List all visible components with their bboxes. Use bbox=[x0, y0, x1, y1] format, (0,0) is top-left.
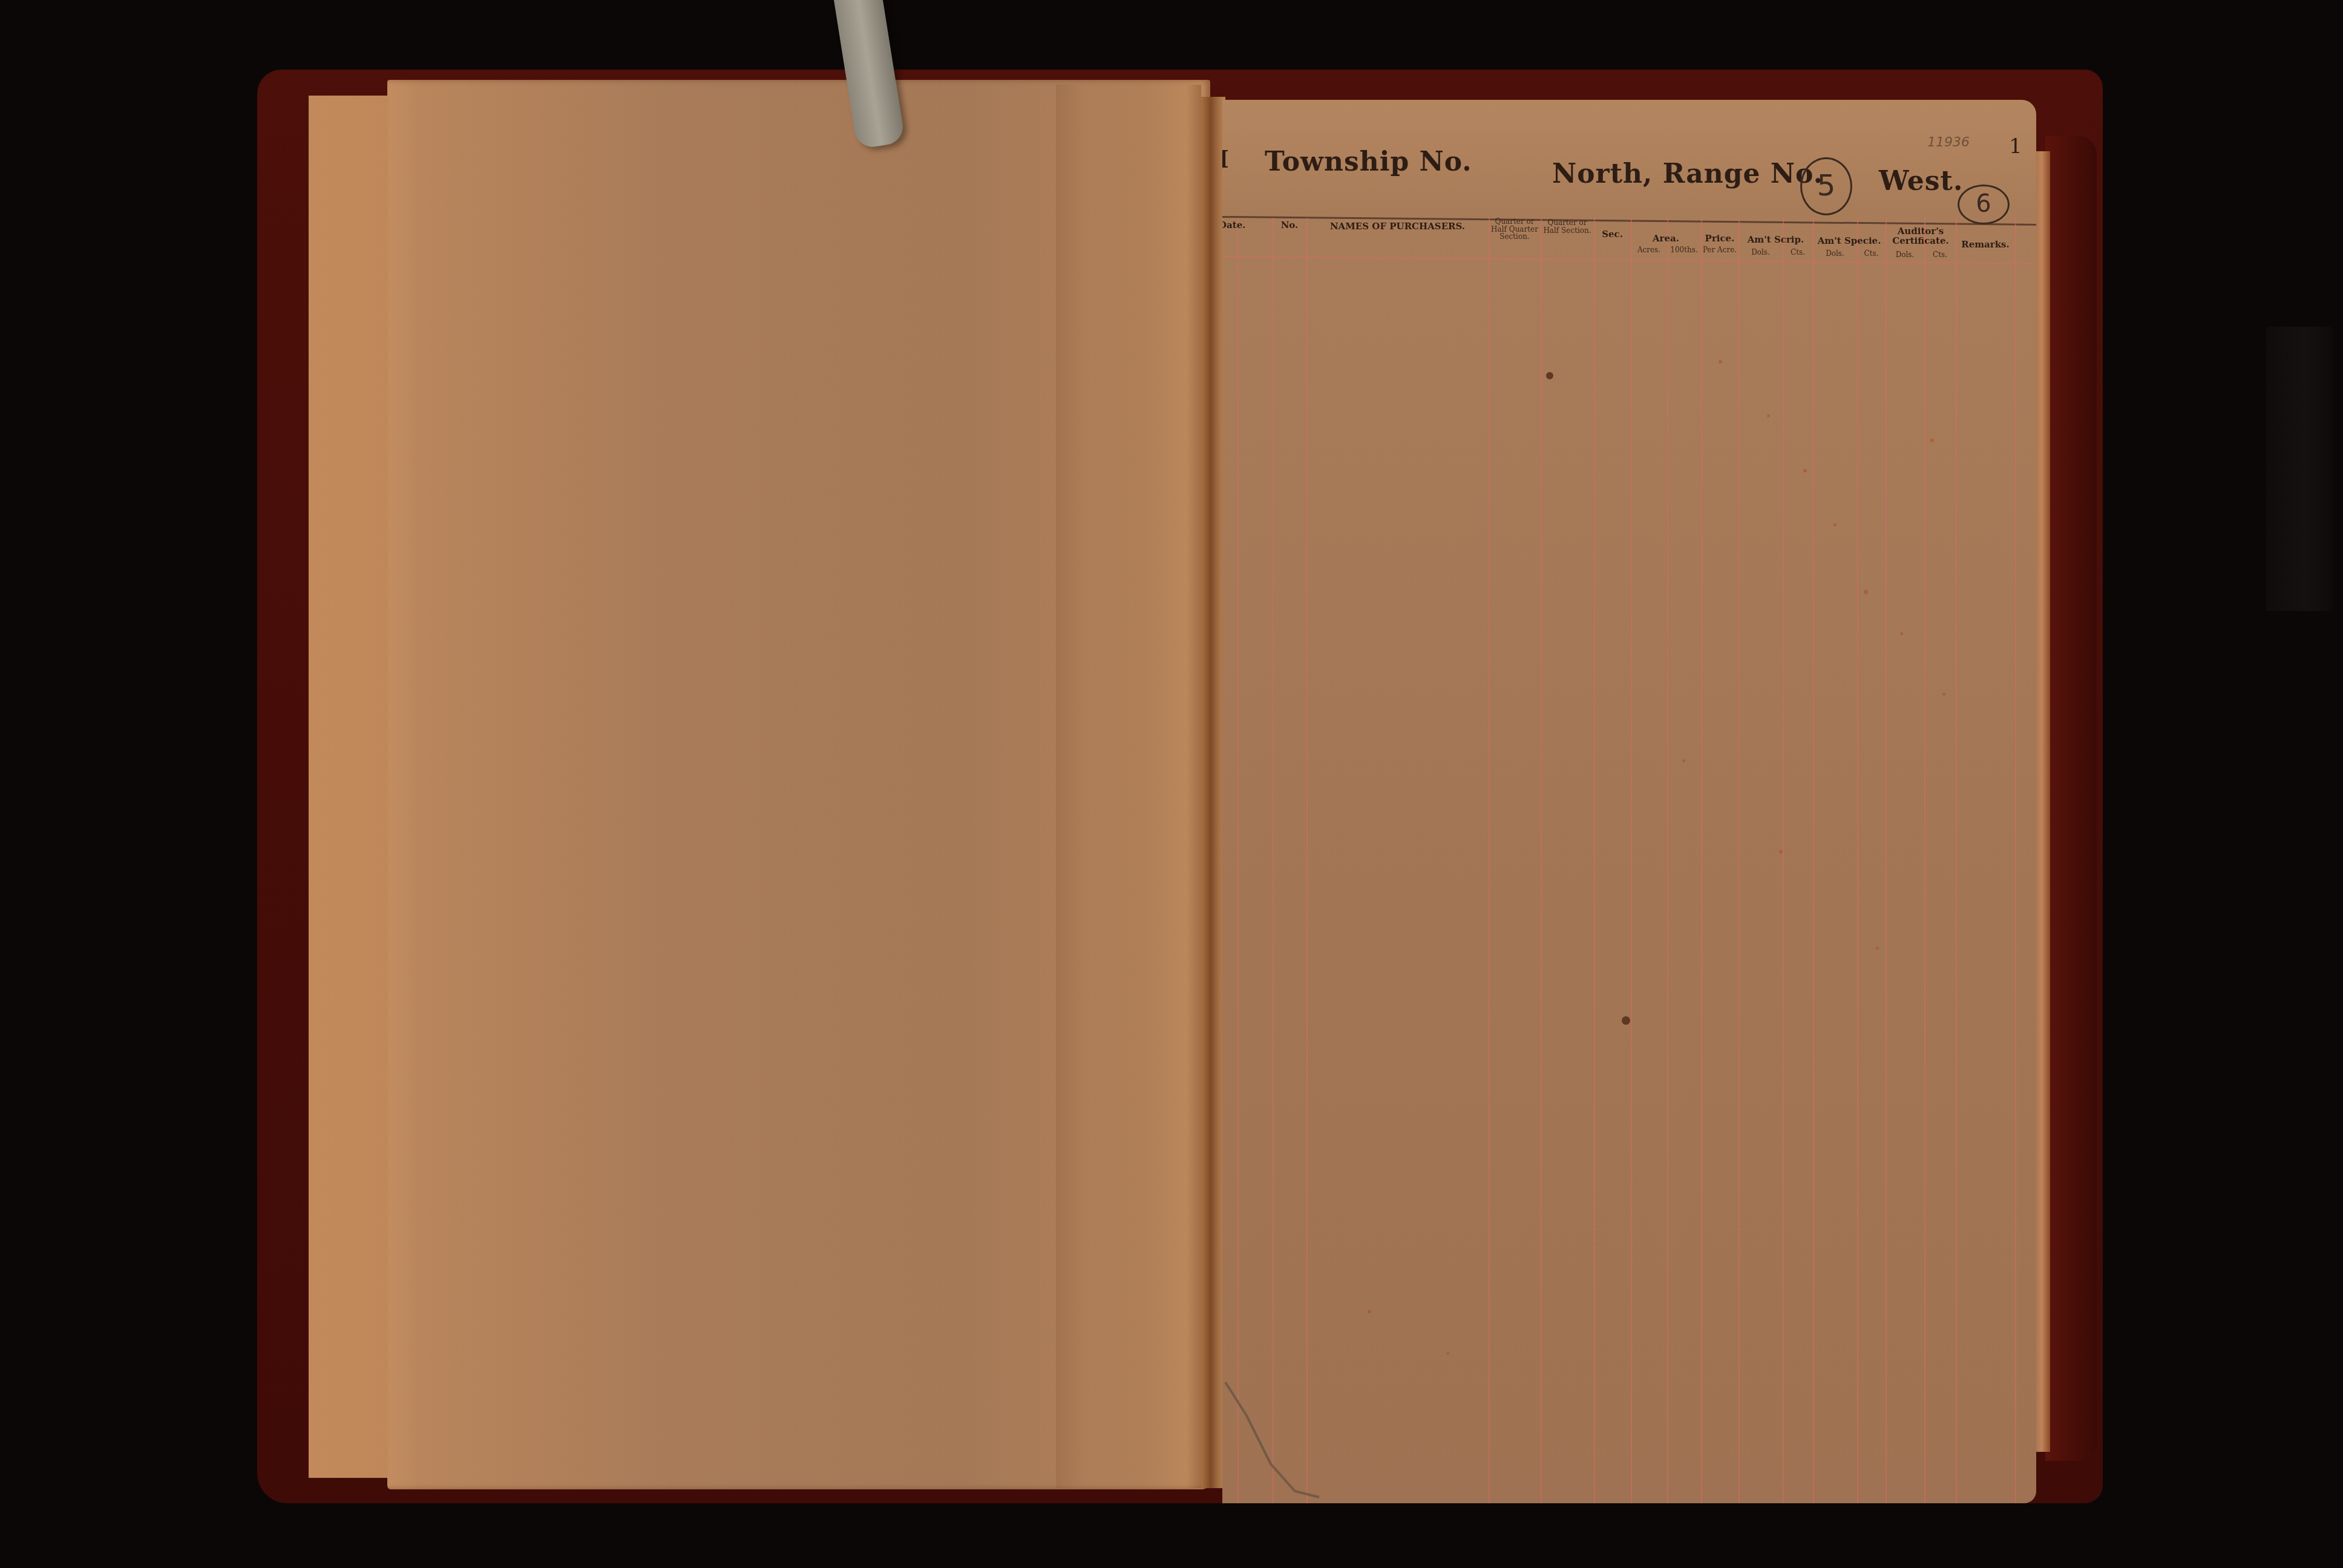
col-scrip-cts: Cts. bbox=[1783, 249, 1813, 256]
ledger-page: I Township No. North, Range No. 5 West. … bbox=[1222, 100, 2036, 1503]
ruling-line bbox=[1541, 218, 1542, 1503]
col-auditor-cts: Cts. bbox=[1924, 251, 1956, 259]
ruling-line bbox=[1489, 218, 1490, 1503]
col-specie-dols: Dols. bbox=[1813, 250, 1857, 258]
ruling-line bbox=[1237, 218, 1239, 1503]
stain-spot bbox=[1900, 632, 1903, 635]
stain-spot bbox=[1767, 414, 1770, 417]
stain-spot bbox=[1864, 590, 1868, 594]
pencil-note: 11936 bbox=[1927, 135, 1970, 150]
ruling-line bbox=[1594, 218, 1595, 1503]
west-number-handwritten: 6 bbox=[1958, 185, 2010, 224]
stain-spot bbox=[1930, 439, 1934, 442]
ruling-line bbox=[1924, 218, 1925, 1503]
township-label: Township No. bbox=[1265, 148, 1472, 176]
ruling-line bbox=[1956, 218, 1957, 1503]
west-label: West. bbox=[1879, 168, 1963, 195]
col-scrip: Am't Scrip. bbox=[1738, 235, 1813, 245]
stain-spot bbox=[1446, 1352, 1449, 1355]
ruling-line bbox=[1667, 218, 1668, 1503]
stain-spot bbox=[1622, 1016, 1630, 1025]
header-fragment: I bbox=[1222, 147, 1230, 172]
range-number-handwritten: 5 bbox=[1800, 157, 1852, 215]
ruling-line bbox=[2015, 218, 2016, 1503]
col-price-per-acre: Per Acre. bbox=[1701, 246, 1738, 254]
dark-object-right bbox=[2266, 327, 2333, 611]
book-cover-edge bbox=[2045, 136, 2097, 1461]
stain-spot bbox=[1779, 850, 1783, 854]
col-no: No. bbox=[1273, 221, 1306, 230]
col-specie-cts: Cts. bbox=[1857, 250, 1886, 258]
col-names: NAMES OF PURCHASERS. bbox=[1306, 222, 1489, 232]
stain-spot bbox=[1803, 469, 1807, 472]
ruling-line bbox=[1886, 218, 1887, 1503]
col-auditors-certificate: Auditor's Certificate. bbox=[1886, 227, 1956, 246]
col-date: Date. bbox=[1222, 221, 1237, 230]
col-auditor-dols: Dols. bbox=[1886, 251, 1924, 259]
ruling-line bbox=[1273, 218, 1274, 1503]
left-page-fold bbox=[1056, 85, 1201, 1488]
col-quarter-half-quarter: Quarter or Half Quarter Section. bbox=[1489, 218, 1541, 241]
ruling-line bbox=[1306, 218, 1308, 1503]
book-gutter bbox=[1201, 97, 1225, 1488]
ruling-line bbox=[1738, 218, 1740, 1503]
north-range-label: North, Range No. bbox=[1552, 160, 1823, 188]
col-area-acres: Acres. bbox=[1631, 246, 1667, 254]
torn-corner bbox=[1222, 1379, 1331, 1500]
col-sec: Sec. bbox=[1594, 230, 1631, 240]
col-scrip-dols: Dols. bbox=[1738, 249, 1783, 256]
stain-spot bbox=[1833, 523, 1837, 526]
stain-spot bbox=[1368, 1310, 1371, 1313]
col-area: Area. bbox=[1631, 234, 1701, 244]
ruling-line bbox=[1631, 218, 1632, 1503]
ruling-line bbox=[1783, 218, 1784, 1503]
stain-spot bbox=[1876, 947, 1879, 950]
col-remarks: Remarks. bbox=[1956, 240, 2015, 250]
ruling-line bbox=[1813, 218, 1814, 1503]
col-area-100ths: 100ths. bbox=[1667, 246, 1701, 254]
page-number: 1 bbox=[2009, 136, 2022, 158]
stain-spot bbox=[1546, 372, 1553, 379]
ruling-line bbox=[1857, 218, 1858, 1503]
stain-spot bbox=[1682, 759, 1685, 762]
stain-spot bbox=[1719, 360, 1722, 364]
col-price: Price. bbox=[1701, 234, 1738, 244]
col-quarter-half: Quarter or Half Section. bbox=[1541, 219, 1594, 234]
ruling-line bbox=[1701, 218, 1702, 1503]
stain-spot bbox=[1942, 693, 1945, 696]
col-specie: Am't Specie. bbox=[1813, 237, 1886, 246]
